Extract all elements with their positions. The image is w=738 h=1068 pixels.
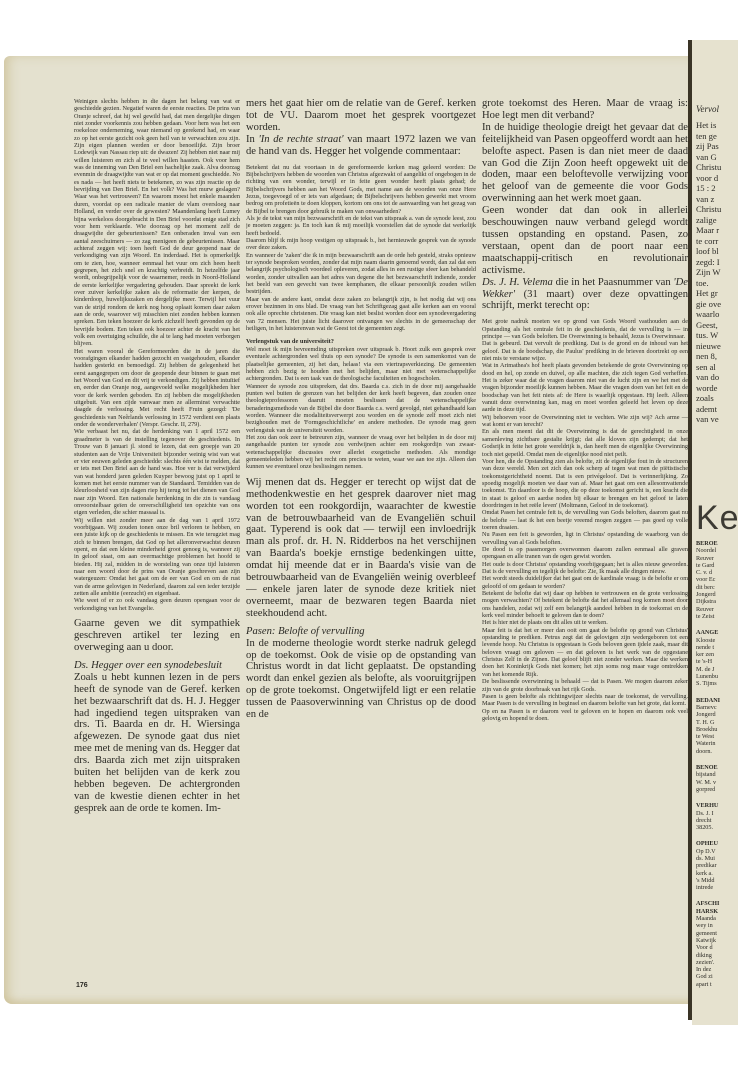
text: In xyxy=(246,134,258,145)
page-number: 176 xyxy=(76,982,88,989)
text-line: Reuver xyxy=(696,555,738,562)
text-line: predikar xyxy=(696,862,738,869)
text-line: Jongerd xyxy=(696,711,738,718)
right-page-lines: Het isten gezij Pasvan GChristuvoor d15 … xyxy=(696,120,738,425)
continued-heading: Vervol xyxy=(696,104,738,114)
paragraph: Weinigen slechts hebben in die dagen het… xyxy=(74,98,240,348)
text-line: Reuver xyxy=(696,606,738,613)
text-line: van z xyxy=(696,194,738,205)
text-line: Maar r xyxy=(696,225,738,236)
paragraph: Wie weet of er zo ook vandaag geen deure… xyxy=(74,597,240,612)
announcement-section: VERHUDs. J. Idrecht38205. xyxy=(696,802,738,831)
text-line: Jongerd xyxy=(696,591,738,598)
section-heading: OPHEU xyxy=(696,840,738,847)
quote-paragraph: Dat is gebeurd. Dat vervult de prediking… xyxy=(482,340,688,362)
text-line: gie ove xyxy=(696,299,738,310)
text-line: bijstand xyxy=(696,771,738,778)
paragraph-large: Zoals u hebt kunnen lezen in de pers hee… xyxy=(74,672,240,815)
text-line: loof bl xyxy=(696,246,738,257)
quote-paragraph: Als je de tekst van mijn bezwaarschrift … xyxy=(246,215,476,237)
text-line: Op D.V xyxy=(696,848,738,855)
text-line: te corr xyxy=(696,236,738,247)
quote-paragraph: Voor hen, die de Opstanding zien als bel… xyxy=(482,458,688,509)
announcement-sections: BEROENoordelReuverte GardC. v. dvoor Ecd… xyxy=(696,540,738,988)
text-line: te 's-H xyxy=(696,658,738,665)
quote-paragraph: Wij behoeven voor de Overwinning niet te… xyxy=(482,414,688,429)
subheading-hegger: Ds. Hegger over een synodebesluit xyxy=(74,660,240,672)
quote-paragraph: Daarom blijf ik mijn hoop vestigen op ui… xyxy=(246,237,476,252)
section-heading: BENOE xyxy=(696,764,738,771)
subheading-pasen: Pasen: Belofte of vervulling xyxy=(246,626,476,638)
text-line: zegd: I xyxy=(696,257,738,268)
text-line: te West xyxy=(696,733,738,740)
section-heading: BEDANI xyxy=(696,697,738,704)
quote-paragraph: Op en na Pasen is er daarom veel te gelo… xyxy=(482,708,688,723)
editorial-note: Gaarne geven we dit sympathiek geschreve… xyxy=(74,618,240,654)
text-line: voor Ec xyxy=(696,576,738,583)
text-line: zezien'. xyxy=(696,959,738,966)
section-heading: HARSK xyxy=(696,908,738,915)
quote-paragraph: De dood is op paasmorgen overwonnen daar… xyxy=(482,546,688,561)
paragraph-large: In de huidige theologie dreigt het gevaa… xyxy=(482,122,688,205)
quote-paragraph: Maar van de andere kant, omdat deze zake… xyxy=(246,296,476,333)
paragraph: Wij willen niet zonder meer aan de dag v… xyxy=(74,517,240,598)
text-line: ten ge xyxy=(696,131,738,142)
text-line: zij Pas xyxy=(696,141,738,152)
text-line: Christu xyxy=(696,204,738,215)
text-line: Lunenbu xyxy=(696,673,738,680)
quote-paragraph: Met grote nadruk moeten we op grond van … xyxy=(482,318,688,340)
text-line: doorn. xyxy=(696,748,738,755)
text-line: ademt xyxy=(696,404,738,415)
text-line: M. de J xyxy=(696,666,738,673)
text-line: Broekhu xyxy=(696,726,738,733)
text-line: te Zeist xyxy=(696,613,738,620)
text-line: Geest, xyxy=(696,320,738,331)
paragraph-large: Wij menen dat ds. Hegger er terecht op w… xyxy=(246,477,476,620)
paragraph-large: Geen wonder dat dan ook in allerlei besc… xyxy=(482,205,688,276)
text-line: nende t xyxy=(696,644,738,651)
big-heading: Ke xyxy=(696,500,738,536)
quote-paragraph: En wanneer de 'zaken' die ik in mijn bez… xyxy=(246,252,476,296)
text-line: Barnevc xyxy=(696,704,738,711)
text-line: kerk a. xyxy=(696,870,738,877)
paragraph-large: Ds. J. H. Velema die in het Paasnummer v… xyxy=(482,277,688,313)
text-line: ker zen xyxy=(696,651,738,658)
text-line: tus. W xyxy=(696,330,738,341)
text-line: S. Tijms xyxy=(696,680,738,687)
text-line: nieuwe xyxy=(696,341,738,352)
announcement-section: BENOEbijstandW. M. vgorpred xyxy=(696,764,738,793)
text-line: van do xyxy=(696,372,738,383)
quote-block: Met grote nadruk moeten we op grond van … xyxy=(482,318,688,722)
text-line: In dez xyxy=(696,966,738,973)
quote-paragraph: De beslissende overwinning is behaald — … xyxy=(482,678,688,693)
text-line: W. M. v xyxy=(696,779,738,786)
text-line: waarlo xyxy=(696,309,738,320)
text-line: wey in xyxy=(696,922,738,929)
paragraph-large: mers het gaat hier om de relatie van de … xyxy=(246,98,476,134)
quote-paragraph: Betekent dat nu dat voortaan in de geref… xyxy=(246,164,476,215)
text-line: diking xyxy=(696,952,738,959)
text-line: T. H. G xyxy=(696,719,738,726)
text-line: Voor d xyxy=(696,944,738,951)
section-heading: AFSCHI xyxy=(696,900,738,907)
text-line: nen 8, xyxy=(696,351,738,362)
quote-paragraph: Wanneer de synode zou uitspreken, dat dr… xyxy=(246,383,476,434)
right-page-article: Vervol Het isten gezij Pasvan GChristuvo… xyxy=(696,104,738,425)
quote-paragraph: Betekent de belofte dat wij daar op hebb… xyxy=(482,590,688,619)
quote-paragraph: Het oude is door Christus' opstanding vo… xyxy=(482,561,688,576)
text-line: God zi xyxy=(696,973,738,980)
text-line: drecht xyxy=(696,817,738,824)
text-line: Ds. J. I xyxy=(696,810,738,817)
paragraph: Wie verbaast het nu, dat de herdenking v… xyxy=(74,428,240,516)
announcement-section: BEDANIBarnevcJongerdT. H. GBroekhute Wes… xyxy=(696,697,738,755)
text-line: Dijkstra xyxy=(696,598,738,605)
text-line: gemeent xyxy=(696,930,738,937)
text-line: dit berc xyxy=(696,584,738,591)
text-line: Noordel xyxy=(696,547,738,554)
quote-subheading: Verlengstuk van de universiteit? xyxy=(246,338,476,346)
quote-paragraph: Het wordt steeds duidelijker dat het gaa… xyxy=(482,575,688,590)
author-name: Ds. J. H. Velema xyxy=(482,277,553,288)
section-heading: BEROE xyxy=(696,540,738,547)
text-line: sen al xyxy=(696,362,738,373)
text: die in het Paasnummer van xyxy=(553,277,674,288)
column-3: grote toekomst des Heren. Maar de vraag … xyxy=(482,98,688,983)
paragraph: Het waren vooral de Gereformeerden die i… xyxy=(74,348,240,429)
column-1: Weinigen slechts hebben in die dagen het… xyxy=(74,98,240,968)
right-page-announcements: Ke BEROENoordelReuverte GardC. v. dvoor … xyxy=(696,500,738,997)
text-line: Zijn W xyxy=(696,267,738,278)
text-line: van ve xyxy=(696,414,738,425)
text-line: Het gr xyxy=(696,288,738,299)
text-line: van G xyxy=(696,152,738,163)
text-line: 's Midd xyxy=(696,877,738,884)
text-line: zalige xyxy=(696,215,738,226)
section-heading: AANGE xyxy=(696,629,738,636)
text-line: worde xyxy=(696,383,738,394)
text-line: Klooste xyxy=(696,637,738,644)
quote-paragraph: Het zou dan ook zeer te betreuren zijn, … xyxy=(246,434,476,471)
right-page: Vervol Het isten gezij Pasvan GChristuvo… xyxy=(692,40,738,1025)
text-line: intrede xyxy=(696,884,738,891)
quote-block: Betekent dat nu dat voortaan in de geref… xyxy=(246,164,476,471)
paragraph-large: In de moderne theologie wordt sterke nad… xyxy=(246,638,476,721)
quote-paragraph: Het is hier niet de plaats om dit alles … xyxy=(482,619,688,626)
text-line: toe. xyxy=(696,278,738,289)
text-line: voor d xyxy=(696,173,738,184)
section-heading: VERHU xyxy=(696,802,738,809)
quote-paragraph: Wel moet ik mijn bevreemding uitspreken … xyxy=(246,346,476,383)
announcement-section: AFSCHIHARSKMaandawey ingemeentKatwijkVoo… xyxy=(696,900,738,988)
column-1-body: Weinigen slechts hebben in die dagen het… xyxy=(74,98,240,612)
quote-paragraph: Pasen is geen belofte als richtingwijzer… xyxy=(482,693,688,708)
text-line: Christu xyxy=(696,162,738,173)
column-2: mers het gaat hier om de relatie van de … xyxy=(246,98,476,998)
announcement-section: BEROENoordelReuverte GardC. v. dvoor Ecd… xyxy=(696,540,738,620)
text-line: Katwijk xyxy=(696,937,738,944)
text-line: Het is xyxy=(696,120,738,131)
quote-paragraph: Wat in Arimathea's hof heeft plaats gevo… xyxy=(482,362,688,413)
text-line: 15 : 2 xyxy=(696,183,738,194)
text-line: 38205. xyxy=(696,824,738,831)
text-line: Maanda xyxy=(696,915,738,922)
quote-paragraph: En als men meent dat dit de Overwinning … xyxy=(482,428,688,457)
text-line: zoals xyxy=(696,393,738,404)
quote-paragraph: Maar feit is dat het er meer dan ooit om… xyxy=(482,627,688,678)
announcement-section: OPHEUOp D.Vds. Muipredikarkerk a.'s Midd… xyxy=(696,840,738,891)
text-line: te Gard xyxy=(696,562,738,569)
paragraph-large: In 'In de rechte straat' van maart 1972 … xyxy=(246,134,476,158)
text-line: Waterin xyxy=(696,740,738,747)
publication-title: 'In de rechte straat' xyxy=(258,134,343,145)
paragraph-large: grote toekomst des Heren. Maar de vraag … xyxy=(482,98,688,122)
announcement-section: AANGEKloostenende tker zente 's-HM. de J… xyxy=(696,629,738,687)
text-line: gorpred xyxy=(696,786,738,793)
text-line: C. v. d xyxy=(696,569,738,576)
quote-paragraph: Omdat Pasen het centrale feit is, de ver… xyxy=(482,509,688,531)
quote-paragraph: Nu Pasen een feit is geworden, ligt in C… xyxy=(482,531,688,546)
text-line: ds. Mui xyxy=(696,855,738,862)
text-line: apart t xyxy=(696,981,738,988)
